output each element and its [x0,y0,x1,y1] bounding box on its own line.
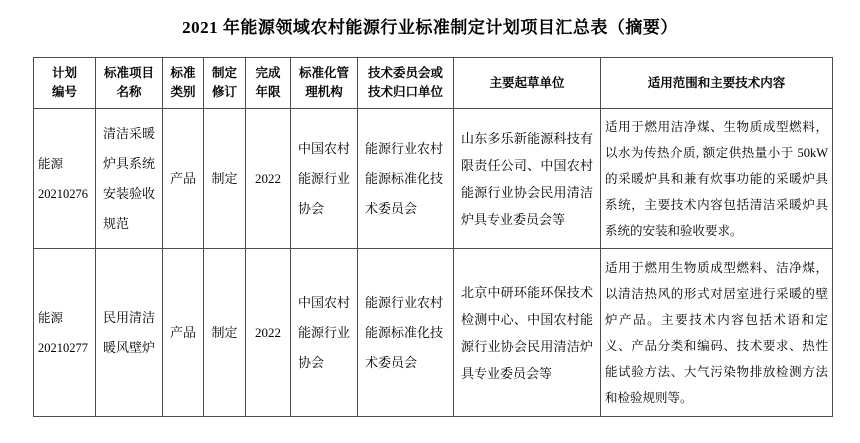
cell-technical-committee: 能源行业农村能源标准化技术委员会 [358,109,454,249]
cell-plan-number: 能源 20210276 [34,109,96,249]
cell-project-name: 清洁采暖炉具系统安装验收规范 [96,109,163,249]
cell-technical-committee: 能源行业农村能源标准化技术委员会 [358,249,454,417]
header-row: 计划 编号 标准项目 名称 标准 类别 制定 修订 完成 年限 标准化管 理机构… [34,58,833,109]
cell-scope: 适用于燃用洁净煤、生物质成型燃料，以水为传热介质, 额定供热量小于 50kW 的… [601,109,833,249]
cell-category: 产品 [163,109,204,249]
column-header-completion-year: 完成 年限 [246,58,291,109]
page-title: 2021 年能源领域农村能源行业标准制定计划项目汇总表（摘要） [0,13,860,38]
cell-scope: 适用于燃用生物质成型燃料、洁净煤，以清洁热风的形式对居室进行采暖的壁炉产品。主要… [601,249,833,417]
table-row: 能源 20210276 清洁采暖炉具系统安装验收规范 产品 制定 2022 中国… [34,109,833,249]
document-page: 2021 年能源领域农村能源行业标准制定计划项目汇总表（摘要） 计划 编号 标准… [0,0,860,443]
cell-category: 产品 [163,249,204,417]
column-header-scope: 适用范围和主要技术内容 [601,58,833,109]
standards-table: 计划 编号 标准项目 名称 标准 类别 制定 修订 完成 年限 标准化管 理机构… [33,57,833,417]
cell-formulate-revise: 制定 [204,249,246,417]
column-header-technical-committee: 技术委员会或 技术归口单位 [358,58,454,109]
column-header-management-org: 标准化管 理机构 [291,58,358,109]
cell-management-org: 中国农村能源行业协会 [291,109,358,249]
cell-formulate-revise: 制定 [204,109,246,249]
cell-plan-number: 能源 20210277 [34,249,96,417]
column-header-project-name: 标准项目 名称 [96,58,163,109]
table-row: 能源 20210277 民用清洁暖风壁炉 产品 制定 2022 中国农村能源行业… [34,249,833,417]
cell-completion-year: 2022 [246,249,291,417]
cell-drafting-units: 北京中研环能环保技术检测中心、中国农村能源行业协会民用清洁炉具专业委员会等 [454,249,601,417]
column-header-formulate-revise: 制定 修订 [204,58,246,109]
cell-management-org: 中国农村能源行业协会 [291,249,358,417]
cell-project-name: 民用清洁暖风壁炉 [96,249,163,417]
column-header-category: 标准 类别 [163,58,204,109]
cell-drafting-units: 山东多乐新能源科技有限责任公司、中国农村能源行业协会民用清洁炉具专业委员会等 [454,109,601,249]
column-header-plan-number: 计划 编号 [34,58,96,109]
cell-completion-year: 2022 [246,109,291,249]
column-header-drafting-units: 主要起草单位 [454,58,601,109]
